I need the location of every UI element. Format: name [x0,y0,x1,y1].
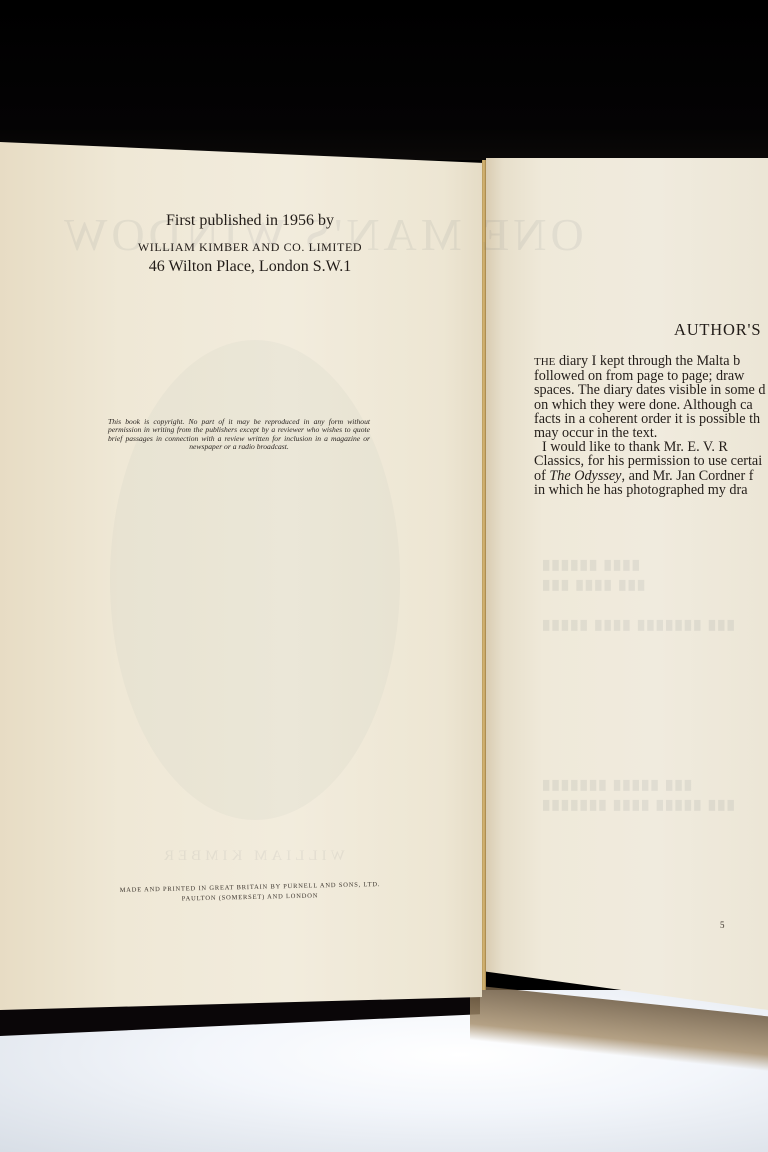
text-line: of The Odyssey, and Mr. Jan Cordner f [534,469,768,483]
imprint-publisher: William Kimber and Co. Limited [100,240,400,255]
dark-background [0,0,768,160]
text-line: I would like to thank Mr. E. V. R [534,440,768,454]
text-line: facts in a coherent order it is possible… [534,412,768,426]
show-through-publisher: WILLIAM KIMBER [160,848,345,865]
text-line: may occur in the text. [534,426,768,440]
text-line: followed on from page to page; draw [534,369,768,383]
section-heading: AUTHOR'S [674,320,761,340]
book-gutter [482,160,486,990]
text-line: The diary I kept through the Malta b [534,354,768,369]
show-through-line: ███ ███████ ████ █████ [540,620,734,630]
lead-smallcaps: The [534,356,555,368]
imprint-address: 46 Wilton Place, London S.W.1 [100,258,400,276]
show-through-line: ███ █████ ████ ███████ [540,800,734,810]
text-line: in which he has photographed my dra [534,483,768,497]
show-through-line: ███ █████ ███████ [540,780,691,790]
text-line: Classics, for his permission to use cert… [534,454,768,468]
page-number: 5 [720,920,725,930]
text-line: spaces. The diary dates visible in some … [534,383,768,397]
imprint-first-published: First published in 1956 by [100,212,400,230]
copyright-notice: This book is copyright. No part of it ma… [108,418,370,452]
show-through-line: ████ ██████ [540,560,639,570]
show-through-illustration [110,340,400,820]
text-line: on which they were done. Although ca [534,398,768,412]
author-note-body: The diary I kept through the Malta b fol… [534,354,768,497]
show-through-line: ███ ████ ███ [540,580,644,590]
